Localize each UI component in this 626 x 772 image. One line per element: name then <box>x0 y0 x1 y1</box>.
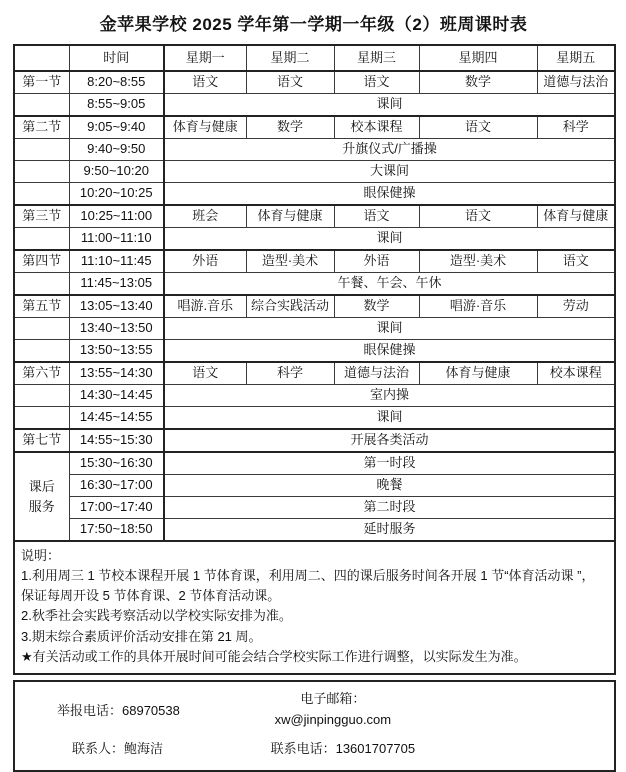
subject-cell: 语文 <box>246 71 334 94</box>
notes-box: 说明： 1.利用周三 1 节校本课程开展 1 节体育课，利用周二、四的课后服务时… <box>13 542 616 675</box>
subject-cell: 语文 <box>334 205 419 228</box>
subject-cell: 体育与健康 <box>419 362 537 385</box>
time-cell: 10:20~10:25 <box>69 183 164 206</box>
subject-cell: 语文 <box>419 205 537 228</box>
subject-cell: 造型·美术 <box>419 250 537 273</box>
note-line-2: 2.秋季社会实践考察活动以学校实际安排为准。 <box>21 606 606 626</box>
timetable-row: 14:45~14:55课间 <box>14 407 615 430</box>
activity-cell: 晚餐 <box>164 475 615 497</box>
weekly-timetable: 时间 星期一 星期二 星期三 星期四 星期五 第一节8:20~8:55语文语文语… <box>13 44 616 542</box>
subject-cell: 语文 <box>537 250 615 273</box>
subject-cell: 校本课程 <box>537 362 615 385</box>
subject-cell: 道德与法治 <box>537 71 615 94</box>
timetable-row: 17:00~17:40第二时段 <box>14 497 615 519</box>
period-cell <box>14 340 69 363</box>
subject-cell: 语文 <box>419 116 537 139</box>
timetable-row: 课后 服务15:30~16:30第一时段 <box>14 452 615 475</box>
header-wednesday: 星期三 <box>334 45 419 71</box>
after-school-service-label: 课后 服务 <box>14 452 69 541</box>
timetable-row: 第三节10:25~11:00班会体育与健康语文语文体育与健康 <box>14 205 615 228</box>
activity-cell: 室内操 <box>164 385 615 407</box>
header-time: 时间 <box>69 45 164 71</box>
subject-cell: 外语 <box>334 250 419 273</box>
period-cell: 第六节 <box>14 362 69 385</box>
time-cell: 10:25~11:00 <box>69 205 164 228</box>
time-cell: 11:45~13:05 <box>69 273 164 296</box>
time-cell: 11:00~11:10 <box>69 228 164 251</box>
page-title: 金苹果学校 2025 学年第一学期一年级（2）班周课时表 <box>13 10 614 35</box>
report-phone-number: 68970538 <box>122 703 180 718</box>
subject-cell: 数学 <box>246 116 334 139</box>
subject-cell: 劳动 <box>537 295 615 318</box>
timetable-row: 14:30~14:45室内操 <box>14 385 615 407</box>
period-cell <box>14 228 69 251</box>
note-line-4: ★有关活动或工作的具体开展时间可能会结合学校实际工作进行调整，以实际发生为准。 <box>21 647 606 667</box>
header-monday: 星期一 <box>164 45 246 71</box>
timetable-row: 第二节9:05~9:40体育与健康数学校本课程语文科学 <box>14 116 615 139</box>
time-cell: 9:05~9:40 <box>69 116 164 139</box>
subject-cell: 体育与健康 <box>537 205 615 228</box>
header-tuesday: 星期二 <box>246 45 334 71</box>
subject-cell: 科学 <box>246 362 334 385</box>
time-cell: 8:55~9:05 <box>69 94 164 117</box>
activity-cell: 午餐、午会、午休 <box>164 273 615 296</box>
time-cell: 11:10~11:45 <box>69 250 164 273</box>
activity-cell: 眼保健操 <box>164 340 615 363</box>
period-cell <box>14 318 69 340</box>
timetable-row: 9:40~9:50升旗仪式/广播操 <box>14 139 615 161</box>
time-cell: 15:30~16:30 <box>69 452 164 475</box>
timetable-row: 9:50~10:20大课间 <box>14 161 615 183</box>
period-cell <box>14 407 69 430</box>
period-cell: 第一节 <box>14 71 69 94</box>
activity-cell: 课间 <box>164 407 615 430</box>
subject-cell: 语文 <box>164 362 246 385</box>
time-cell: 8:20~8:55 <box>69 71 164 94</box>
email-block: 电子邮箱： xw@jinpingguo.com <box>275 689 392 731</box>
subject-cell: 唱游·音乐 <box>419 295 537 318</box>
timetable-body: 第一节8:20~8:55语文语文语文数学道德与法治8:55~9:05课间第二节9… <box>14 71 615 541</box>
time-cell: 9:40~9:50 <box>69 139 164 161</box>
timetable-row: 第五节13:05~13:40唱游.音乐综合实践活动数学唱游·音乐劳动 <box>14 295 615 318</box>
contact-person: 联系人：鲍海洁 <box>15 738 267 757</box>
period-cell <box>14 161 69 183</box>
time-cell: 13:40~13:50 <box>69 318 164 340</box>
contact-phone-number: 13601707705 <box>336 741 416 756</box>
period-cell <box>14 183 69 206</box>
timetable-sheet: 金苹果学校 2025 学年第一学期一年级（2）班周课时表 时间 星期一 星期二 … <box>0 0 626 772</box>
period-cell <box>14 385 69 407</box>
activity-cell: 眼保健操 <box>164 183 615 206</box>
subject-cell: 数学 <box>419 71 537 94</box>
activity-cell: 延时服务 <box>164 519 615 542</box>
activity-cell: 大课间 <box>164 161 615 183</box>
timetable-row: 13:40~13:50课间 <box>14 318 615 340</box>
time-cell: 17:50~18:50 <box>69 519 164 542</box>
contact-person-name: 鲍海洁 <box>124 741 163 756</box>
timetable-row: 11:00~11:10课间 <box>14 228 615 251</box>
subject-cell: 体育与健康 <box>246 205 334 228</box>
header-friday: 星期五 <box>537 45 615 71</box>
subject-cell: 造型·美术 <box>246 250 334 273</box>
activity-cell: 第二时段 <box>164 497 615 519</box>
timetable-row: 16:30~17:00晚餐 <box>14 475 615 497</box>
time-cell: 16:30~17:00 <box>69 475 164 497</box>
subject-cell: 科学 <box>537 116 615 139</box>
notes-heading: 说明： <box>21 546 606 566</box>
period-cell <box>14 94 69 117</box>
header-row: 时间 星期一 星期二 星期三 星期四 星期五 <box>14 45 615 71</box>
time-cell: 13:05~13:40 <box>69 295 164 318</box>
report-phone: 举报电话：68970538 <box>15 700 267 719</box>
timetable-row: 11:45~13:05午餐、午会、午休 <box>14 273 615 296</box>
header-corner-cell <box>14 45 69 71</box>
period-cell: 第五节 <box>14 295 69 318</box>
header-thursday: 星期四 <box>419 45 537 71</box>
contact-box: 举报电话：68970538 电子邮箱： xw@jinpingguo.com 联系… <box>13 680 616 772</box>
email-label: 电子邮箱： <box>275 689 392 710</box>
activity-cell: 开展各类活动 <box>164 429 615 452</box>
subject-cell: 道德与法治 <box>334 362 419 385</box>
period-cell: 第三节 <box>14 205 69 228</box>
activity-cell: 课间 <box>164 94 615 117</box>
timetable-row: 第一节8:20~8:55语文语文语文数学道德与法治 <box>14 71 615 94</box>
time-cell: 14:30~14:45 <box>69 385 164 407</box>
period-cell: 第四节 <box>14 250 69 273</box>
timetable-row: 17:50~18:50延时服务 <box>14 519 615 542</box>
period-cell: 第二节 <box>14 116 69 139</box>
period-cell <box>14 273 69 296</box>
contact-phone: 联系电话：13601707705 <box>267 738 614 757</box>
time-cell: 17:00~17:40 <box>69 497 164 519</box>
timetable-row: 13:50~13:55眼保健操 <box>14 340 615 363</box>
subject-cell: 体育与健康 <box>164 116 246 139</box>
email-address: xw@jinpingguo.com <box>275 710 392 731</box>
activity-cell: 第一时段 <box>164 452 615 475</box>
time-cell: 14:55~15:30 <box>69 429 164 452</box>
subject-cell: 语文 <box>164 71 246 94</box>
activity-cell: 课间 <box>164 318 615 340</box>
period-cell: 第七节 <box>14 429 69 452</box>
time-cell: 14:45~14:55 <box>69 407 164 430</box>
subject-cell: 唱游.音乐 <box>164 295 246 318</box>
subject-cell: 校本课程 <box>334 116 419 139</box>
subject-cell: 班会 <box>164 205 246 228</box>
time-cell: 13:50~13:55 <box>69 340 164 363</box>
note-line-3: 3.期末综合素质评价活动安排在第 21 周。 <box>21 627 606 647</box>
report-phone-label: 举报电话： <box>57 703 122 718</box>
timetable-row: 第七节14:55~15:30开展各类活动 <box>14 429 615 452</box>
timetable-row: 10:20~10:25眼保健操 <box>14 183 615 206</box>
time-cell: 9:50~10:20 <box>69 161 164 183</box>
period-cell <box>14 139 69 161</box>
subject-cell: 语文 <box>334 71 419 94</box>
activity-cell: 升旗仪式/广播操 <box>164 139 615 161</box>
subject-cell: 外语 <box>164 250 246 273</box>
contact-person-label: 联系人： <box>72 741 124 756</box>
timetable-row: 第六节13:55~14:30语文科学道德与法治体育与健康校本课程 <box>14 362 615 385</box>
note-line-1: 1.利用周三 1 节校本课程开展 1 节体育课，利用周二、四的课后服务时间各开展… <box>21 566 606 606</box>
subject-cell: 数学 <box>334 295 419 318</box>
contact-phone-label: 联系电话： <box>271 741 336 756</box>
activity-cell: 课间 <box>164 228 615 251</box>
time-cell: 13:55~14:30 <box>69 362 164 385</box>
timetable-row: 8:55~9:05课间 <box>14 94 615 117</box>
timetable-row: 第四节11:10~11:45外语造型·美术外语造型·美术语文 <box>14 250 615 273</box>
subject-cell: 综合实践活动 <box>246 295 334 318</box>
